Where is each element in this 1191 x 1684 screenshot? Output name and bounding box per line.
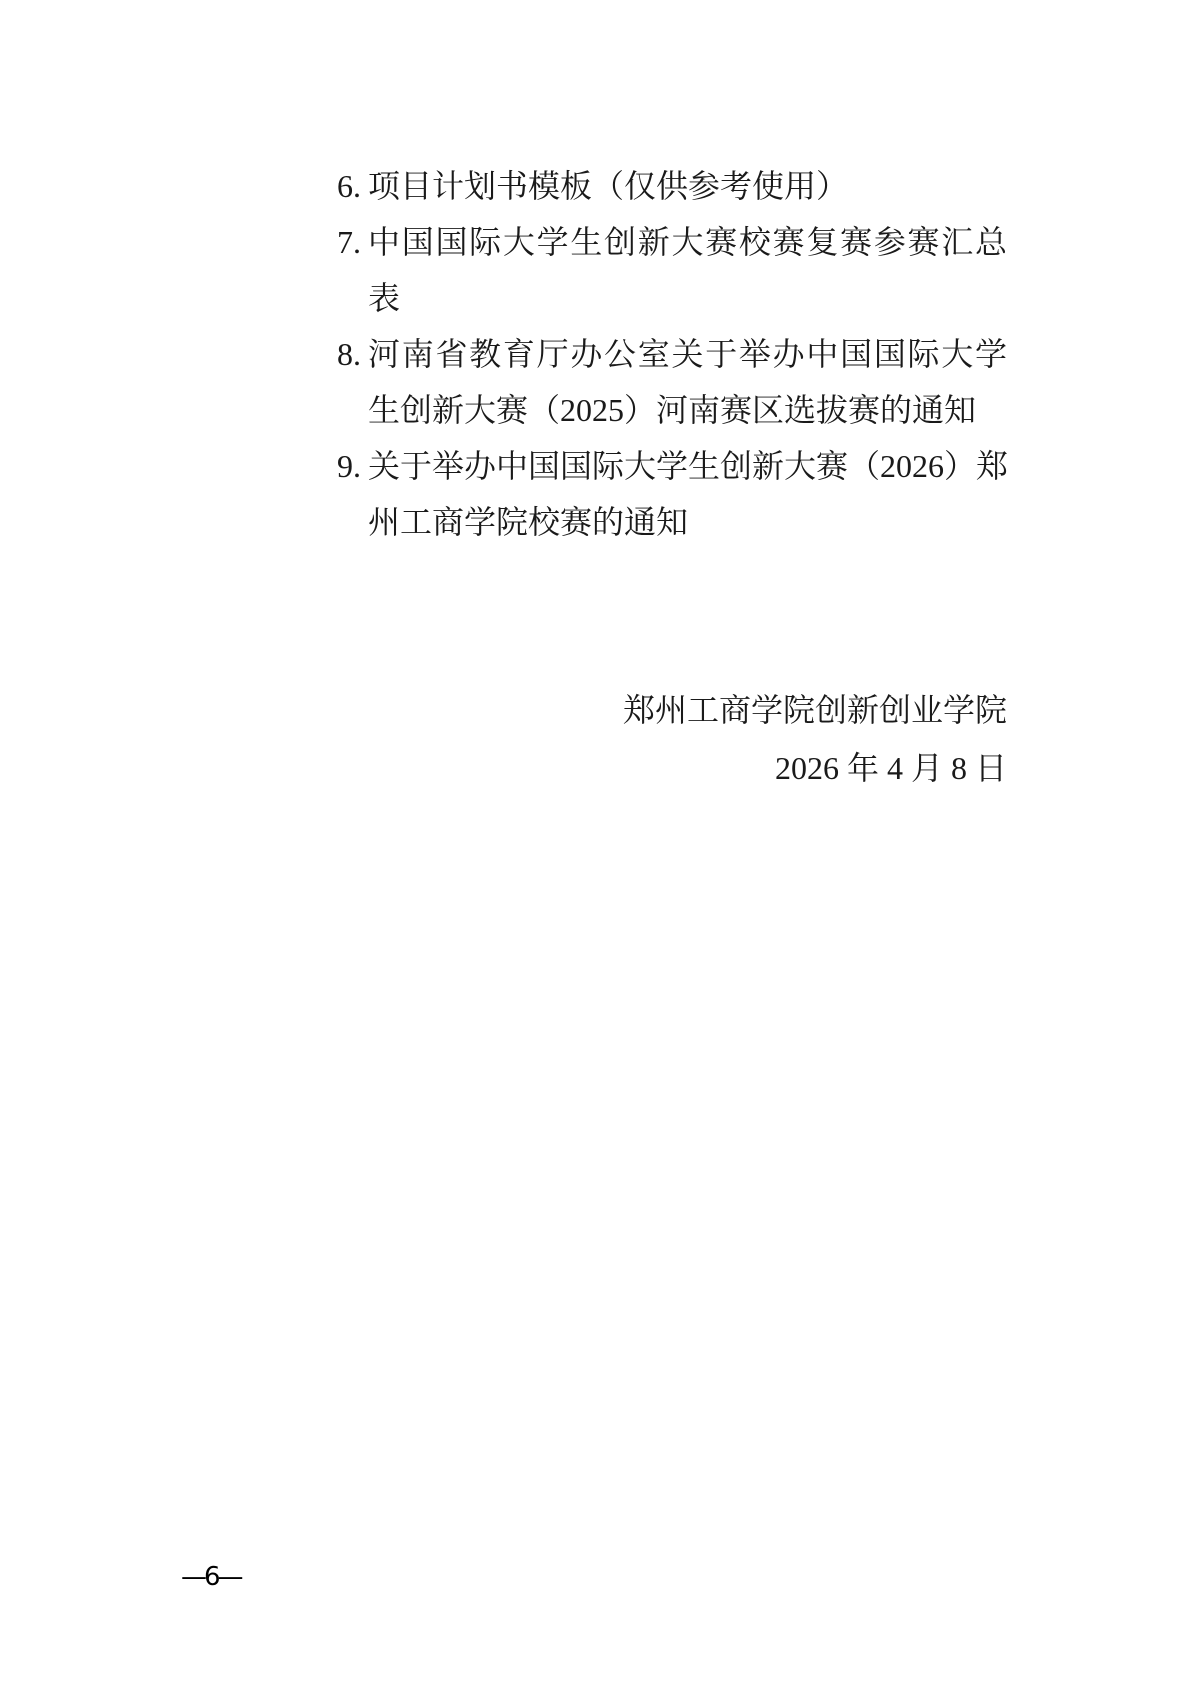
list-item-8: 8. 河南省教育厅办公室关于举办中国国际大学 xyxy=(337,334,1007,374)
item-9-text-line-1: 关于举办中国国际大学生创新大赛（2026）郑 xyxy=(368,446,1007,486)
list-item-9: 9. 关于举办中国国际大学生创新大赛（2026）郑 xyxy=(337,446,1007,486)
item-6-text: 项目计划书模板（仅供参考使用） xyxy=(368,166,1007,206)
item-8-text-line-1: 河南省教育厅办公室关于举办中国国际大学 xyxy=(368,334,1007,374)
item-7-number: 7. xyxy=(337,222,368,262)
item-9-text-line-2: 州工商学院校赛的通知 xyxy=(368,502,1007,542)
item-7-text-line-1: 中国国际大学生创新大赛校赛复赛参赛汇总 xyxy=(368,222,1007,262)
list-item-9-continuation: 州工商学院校赛的通知 xyxy=(337,502,1007,542)
item-7-text-line-2: 表 xyxy=(368,278,1007,318)
list-item-8-continuation: 生创新大赛（2025）河南赛区选拔赛的通知 xyxy=(337,390,1007,430)
list-item-6: 6. 项目计划书模板（仅供参考使用） xyxy=(337,166,1007,206)
document-page: 6. 项目计划书模板（仅供参考使用） 7. 中国国际大学生创新大赛校赛复赛参赛汇… xyxy=(0,0,1191,1684)
item-9-number: 9. xyxy=(337,446,368,486)
list-item-7: 7. 中国国际大学生创新大赛校赛复赛参赛汇总 xyxy=(337,222,1007,262)
item-8-text-line-2: 生创新大赛（2025）河南赛区选拔赛的通知 xyxy=(368,390,1007,430)
item-6-number: 6. xyxy=(337,166,368,206)
signature-organization: 郑州工商学院创新创业学院 xyxy=(623,690,1007,730)
signature-date: 2026 年 4 月 8 日 xyxy=(775,748,1007,788)
item-8-number: 8. xyxy=(337,334,368,374)
page-number: —6— xyxy=(181,1562,241,1592)
list-item-7-continuation: 表 xyxy=(337,278,1007,318)
